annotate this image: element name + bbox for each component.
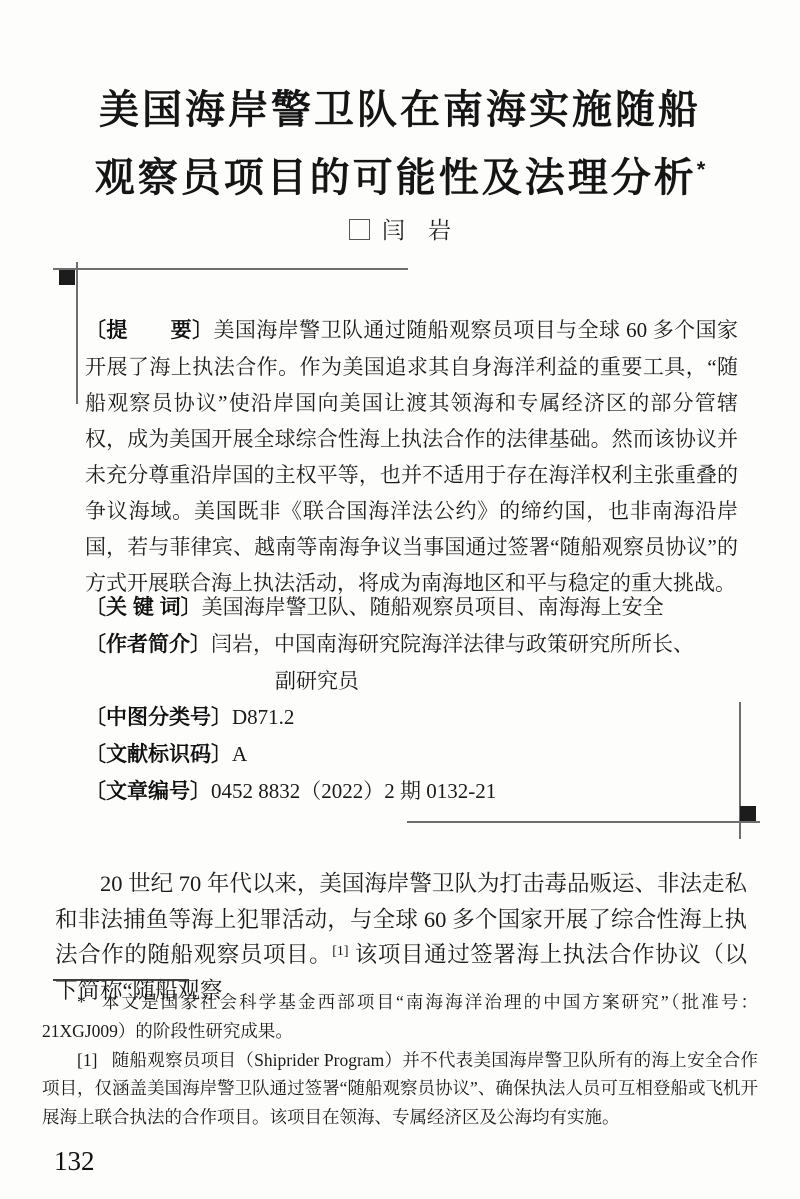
footnote-separator-rule xyxy=(53,979,189,981)
article-id-value: 0452 8832（2022）2 期 0132-21 xyxy=(211,779,496,803)
author-bio-value: 闫岩，中国南海研究院海洋法律与政策研究所所长、 xyxy=(211,632,694,656)
bottom-right-square-ornament xyxy=(740,806,756,821)
journal-page: 美国海岸警卫队在南海实施随船 观察员项目的可能性及法理分析* 闫 岩 〔提 要〕… xyxy=(0,0,800,1199)
footnotes-section: *本文是国家社会科学基金西部项目“南海海洋治理的中国方案研究”（批准号：21XG… xyxy=(42,988,758,1132)
author-marker-square-icon xyxy=(349,219,370,240)
abstract-label: 〔提 要〕 xyxy=(85,319,214,342)
author-bio-row: 〔作者简介〕闫岩，中国南海研究院海洋法律与政策研究所所长、副研究员 xyxy=(85,626,745,699)
abstract-text: 美国海岸警卫队通过随船观察员项目与全球 60 多个国家开展了海上执法合作。作为美… xyxy=(85,318,738,595)
footnote-1-marker: [1] xyxy=(77,1050,97,1070)
document-code-label: 〔文献标识码〕 xyxy=(85,743,232,766)
author-bio-label: 〔作者简介〕 xyxy=(85,633,211,656)
top-left-vertical-rule xyxy=(76,262,78,404)
top-left-horizontal-rule xyxy=(53,268,408,270)
abstract-paragraph: 〔提 要〕美国海岸警卫队通过随船观察员项目与全球 60 多个国家开展了海上执法合… xyxy=(85,312,738,601)
article-id-row: 〔文章编号〕0452 8832（2022）2 期 0132-21 xyxy=(85,773,745,810)
footnote-asterisk-marker: * xyxy=(77,992,86,1012)
front-matter-meta: 〔关 键 词〕美国海岸警卫队、随船观察员项目、南海海上安全 〔作者简介〕闫岩，中… xyxy=(85,589,745,810)
footnote-asterisk: *本文是国家社会科学基金西部项目“南海海洋治理的中国方案研究”（批准号：21XG… xyxy=(42,988,758,1046)
footnote-1-text: 随船观察员项目（Shiprider Program）并不代表美国海岸警卫队所有的… xyxy=(42,1050,758,1128)
document-code-value: A xyxy=(232,742,247,766)
clc-number-value: D871.2 xyxy=(232,705,294,729)
clc-number-label: 〔中图分类号〕 xyxy=(85,706,232,729)
article-title-text-2: 观察员项目的可能性及法理分析 xyxy=(95,156,697,200)
article-title-text-1: 美国海岸警卫队在南海实施随船 xyxy=(99,88,701,132)
footnote-1: [1]随船观察员项目（Shiprider Program）并不代表美国海岸警卫队… xyxy=(42,1046,758,1132)
article-title-line-2: 观察员项目的可能性及法理分析* xyxy=(0,146,800,203)
clc-number-row: 〔中图分类号〕D871.2 xyxy=(85,699,745,736)
document-code-row: 〔文献标识码〕A xyxy=(85,736,745,773)
body-paragraph: 20 世纪 70 年代以来，美国海岸警卫队为打击毒品贩运、非法走私和非法捕鱼等海… xyxy=(55,866,747,1008)
page-number: 132 xyxy=(54,1146,95,1177)
author-line: 闫 岩 xyxy=(0,212,800,245)
author-name: 闫 岩 xyxy=(382,218,451,243)
keywords-value: 美国海岸警卫队、随船观察员项目、南海海上安全 xyxy=(202,595,664,619)
article-id-label: 〔文章编号〕 xyxy=(85,780,211,803)
footnote-asterisk-text: 本文是国家社会科学基金西部项目“南海海洋治理的中国方案研究”（批准号：21XGJ… xyxy=(42,992,758,1041)
title-footnote-asterisk: * xyxy=(697,157,706,182)
author-bio-value-line2: 副研究员 xyxy=(85,663,745,699)
article-title-line-1: 美国海岸警卫队在南海实施随船 xyxy=(0,78,800,135)
footnote-ref-1: [1] xyxy=(332,944,348,959)
bottom-right-horizontal-rule xyxy=(407,821,760,823)
keywords-row: 〔关 键 词〕美国海岸警卫队、随船观察员项目、南海海上安全 xyxy=(85,589,745,626)
keywords-label: 〔关 键 词〕 xyxy=(85,596,202,619)
top-left-square-ornament xyxy=(59,270,75,285)
